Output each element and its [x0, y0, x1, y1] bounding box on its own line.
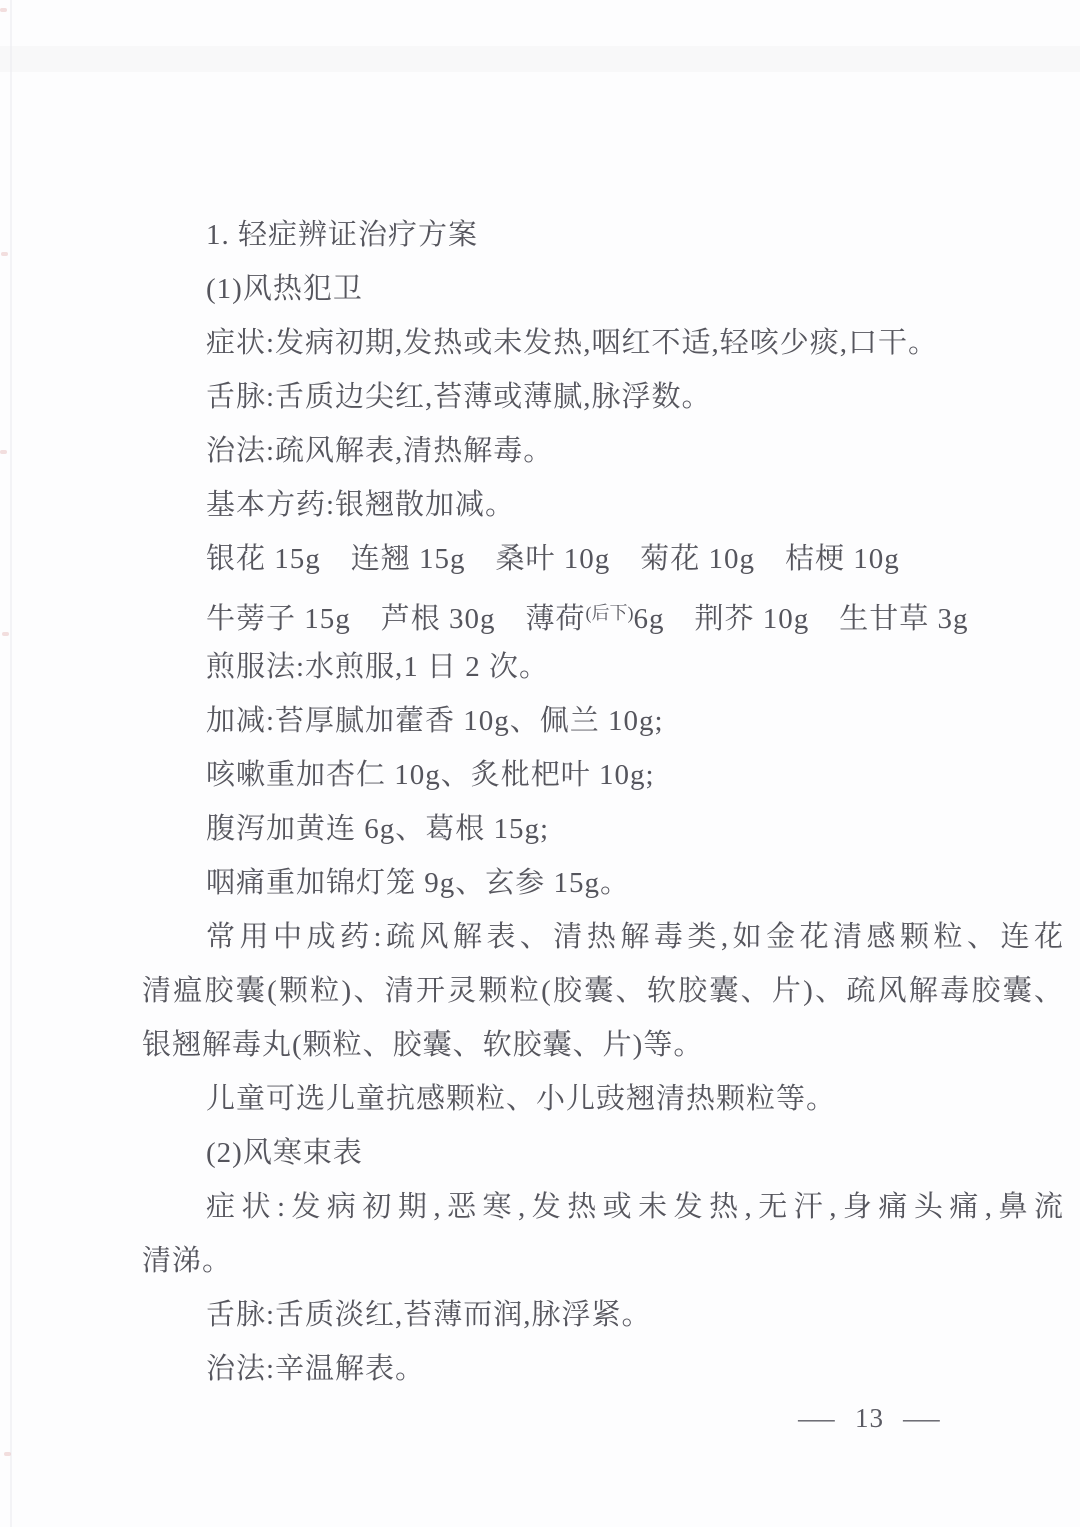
scan-artifact-mark — [2, 632, 9, 636]
text-run: 儿童可选儿童抗感颗粒、小儿豉翘清热颗粒等。 — [206, 1083, 836, 1115]
text-run: 加减:苔厚腻加藿香 10g、佩兰 10g; — [206, 705, 664, 737]
scan-artifact-mark — [0, 450, 7, 454]
text-run: 症状:发病初期,发热或未发热,咽红不适,轻咳少痰,口干。 — [206, 327, 938, 359]
text-line: 加减:苔厚腻加藿香 10g、佩兰 10g; — [142, 694, 1064, 748]
text-run: 治法:辛温解表。 — [206, 1353, 425, 1385]
footer-dash-left: — — [798, 1403, 836, 1434]
text-line: (2)风寒束表 — [142, 1126, 1064, 1180]
text-line: 症状:发病初期,发热或未发热,咽红不适,轻咳少痰,口干。 — [142, 316, 1064, 370]
text-run: 牛蒡子 15g 芦根 30g 薄荷 — [206, 603, 586, 635]
text-line: 银花 15g 连翘 15g 桑叶 10g 菊花 10g 桔梗 10g — [142, 532, 1064, 586]
text-line: (1)风热犯卫 — [142, 262, 1064, 316]
text-run: 基本方药:银翘散加减。 — [206, 489, 515, 521]
text-run: (2)风寒束表 — [206, 1137, 363, 1169]
scan-artifact-mark — [1, 252, 8, 256]
text-line: 症状:发病初期,恶寒,发热或未发热,无汗,身痛头痛,鼻流 — [142, 1180, 1064, 1234]
text-line: 清涕。 — [142, 1234, 1064, 1288]
text-line: 清瘟胶囊(颗粒)、清开灵颗粒(胶囊、软胶囊、片)、疏风解毒胶囊、 — [142, 964, 1064, 1018]
text-run: 常用中成药:疏风解表、清热解毒类,如金花清感颗粒、连花 — [206, 921, 1064, 953]
text-line: 咳嗽重加杏仁 10g、炙枇杷叶 10g; — [142, 748, 1064, 802]
scan-artifact-mark — [0, 8, 7, 12]
text-line: 咽痛重加锦灯笼 9g、玄参 15g。 — [142, 856, 1064, 910]
text-line: 治法:疏风解表,清热解毒。 — [142, 424, 1064, 478]
text-line: 基本方药:银翘散加减。 — [142, 478, 1064, 532]
text-line: 煎服法:水煎服,1 日 2 次。 — [142, 640, 1064, 694]
document-page: 1. 轻症辨证治疗方案(1)风热犯卫症状:发病初期,发热或未发热,咽红不适,轻咳… — [0, 0, 1080, 1527]
text-run: 治法:疏风解表,清热解毒。 — [206, 435, 553, 467]
text-run: 银翘解毒丸(颗粒、胶囊、软胶囊、片)等。 — [142, 1029, 703, 1061]
footer-dash-right: — — [903, 1403, 941, 1434]
text-run: 煎服法:水煎服,1 日 2 次。 — [206, 651, 549, 683]
text-run: 症状:发病初期,恶寒,发热或未发热,无汗,身痛头痛,鼻流 — [206, 1191, 1064, 1223]
document-body: 1. 轻症辨证治疗方案(1)风热犯卫症状:发病初期,发热或未发热,咽红不适,轻咳… — [142, 208, 1064, 1396]
text-run: 清瘟胶囊(颗粒)、清开灵颗粒(胶囊、软胶囊、片)、疏风解毒胶囊、 — [142, 975, 1064, 1007]
text-line: 牛蒡子 15g 芦根 30g 薄荷(后下)6g 荆芥 10g 生甘草 3g — [142, 586, 1064, 640]
text-run: 腹泻加黄连 6g、葛根 15g; — [206, 813, 549, 845]
text-line: 儿童可选儿童抗感颗粒、小儿豉翘清热颗粒等。 — [142, 1072, 1064, 1126]
text-run: 银花 15g 连翘 15g 桑叶 10g 菊花 10g 桔梗 10g — [206, 543, 900, 575]
scan-artifact-mark — [4, 1452, 11, 1456]
text-run: 6g 荆芥 10g 生甘草 3g — [634, 603, 969, 635]
text-line: 腹泻加黄连 6g、葛根 15g; — [142, 802, 1064, 856]
text-run: 舌脉:舌质边尖红,苔薄或薄腻,脉浮数。 — [206, 381, 712, 413]
text-line: 治法:辛温解表。 — [142, 1342, 1064, 1396]
text-line: 舌脉:舌质边尖红,苔薄或薄腻,脉浮数。 — [142, 370, 1064, 424]
scan-artifact-edge-line — [10, 0, 12, 1527]
text-run: (1)风热犯卫 — [206, 273, 363, 305]
superscript-note: (后下) — [586, 603, 634, 623]
text-line: 常用中成药:疏风解表、清热解毒类,如金花清感颗粒、连花 — [142, 910, 1064, 964]
text-line: 1. 轻症辨证治疗方案 — [142, 208, 1064, 262]
text-run: 舌脉:舌质淡红,苔薄而润,脉浮紧。 — [206, 1299, 652, 1331]
text-run: 清涕。 — [142, 1245, 232, 1277]
text-line: 银翘解毒丸(颗粒、胶囊、软胶囊、片)等。 — [142, 1018, 1064, 1072]
text-run: 咽痛重加锦灯笼 9g、玄参 15g。 — [206, 867, 630, 899]
text-run: 1. 轻症辨证治疗方案 — [206, 219, 478, 251]
text-run: 咳嗽重加杏仁 10g、炙枇杷叶 10g; — [206, 759, 655, 791]
footer-page-number: 13 — [855, 1403, 884, 1434]
scan-artifact-band — [0, 46, 1080, 72]
page-footer: — 13 — — [803, 1398, 936, 1438]
text-line: 舌脉:舌质淡红,苔薄而润,脉浮紧。 — [142, 1288, 1064, 1342]
